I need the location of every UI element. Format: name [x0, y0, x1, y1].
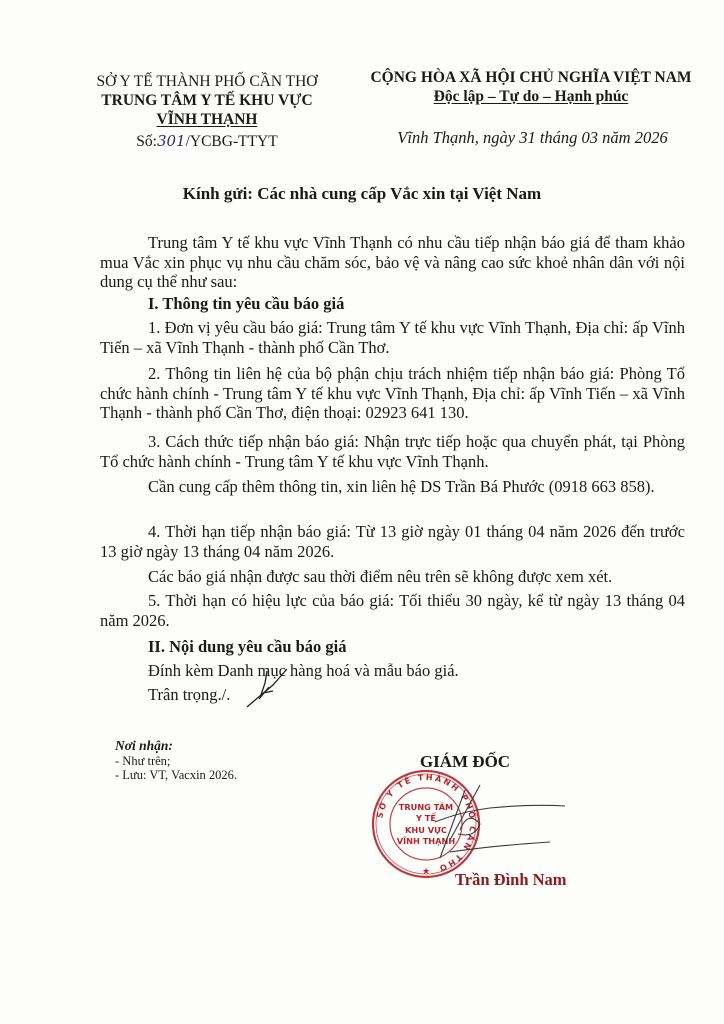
section1-item3: 3. Cách thức tiếp nhận báo giá: Nhận trự…: [100, 432, 685, 471]
document-number: Số:301/YCBG-TTYT: [62, 132, 352, 151]
late-submission-note: Các báo giá nhận được sau thời điểm nêu …: [148, 567, 612, 587]
national-motto: Độc lập – Tự do – Hạnh phúc: [345, 87, 717, 106]
section1-item1: 1. Đơn vị yêu cầu báo giá: Trung tâm Y t…: [100, 318, 685, 357]
recipient-item: - Lưu: VT, Vacxin 2026.: [115, 768, 237, 782]
signer-name: Trần Đình Nam: [455, 870, 567, 890]
issuing-authority-block: SỞ Y TẾ THÀNH PHỐ CẦN THƠ TRUNG TÂM Y TẾ…: [62, 72, 352, 151]
department-name: SỞ Y TẾ THÀNH PHỐ CẦN THƠ: [62, 72, 352, 91]
handwritten-number: 301: [157, 132, 186, 150]
attachment-note: Đính kèm Danh mục hàng hoá và mẫu báo gi…: [148, 661, 459, 681]
contact-info: Cần cung cấp thêm thông tin, xin liên hệ…: [100, 477, 685, 497]
section1-item4: 4. Thời hạn tiếp nhận báo giá: Từ 13 giờ…: [100, 522, 685, 561]
svg-text:★: ★: [422, 866, 430, 876]
national-header-block: CỘNG HÒA XÃ HỘI CHỦ NGHĨA VIỆT NAM Độc l…: [345, 68, 717, 106]
recipients-block: Nơi nhận: - Như trên; - Lưu: VT, Vacxin …: [115, 739, 237, 782]
section2-heading: II. Nội dung yêu cầu báo giá: [148, 637, 347, 657]
recipient-item: - Như trên;: [115, 754, 237, 768]
recipients-heading: Nơi nhận:: [115, 739, 237, 753]
addressee-title: Kính gửi: Các nhà cung cấp Vắc xin tại V…: [0, 184, 724, 204]
place-and-date: Vĩnh Thạnh, ngày 31 tháng 03 năm 2026: [345, 128, 720, 148]
nation-name: CỘNG HÒA XÃ HỘI CHỦ NGHĨA VIỆT NAM: [345, 68, 717, 87]
section1-item5: 5. Thời hạn có hiệu lực của báo giá: Tối…: [100, 591, 685, 630]
organization-name-line1: TRUNG TÂM Y TẾ KHU VỰC: [62, 91, 352, 110]
intro-paragraph: Trung tâm Y tế khu vực Vĩnh Thạnh có nhu…: [100, 233, 685, 292]
handwritten-signature-icon: [430, 780, 610, 870]
section1-heading: I. Thông tin yêu cầu báo giá: [148, 294, 344, 314]
section1-item2: 2. Thông tin liên hệ của bộ phận chịu tr…: [100, 364, 685, 423]
organization-name-line2: VĨNH THẠNH: [62, 110, 352, 129]
closing-greeting: Trân trọng./.: [148, 685, 230, 705]
initial-mark-icon: [243, 665, 293, 710]
